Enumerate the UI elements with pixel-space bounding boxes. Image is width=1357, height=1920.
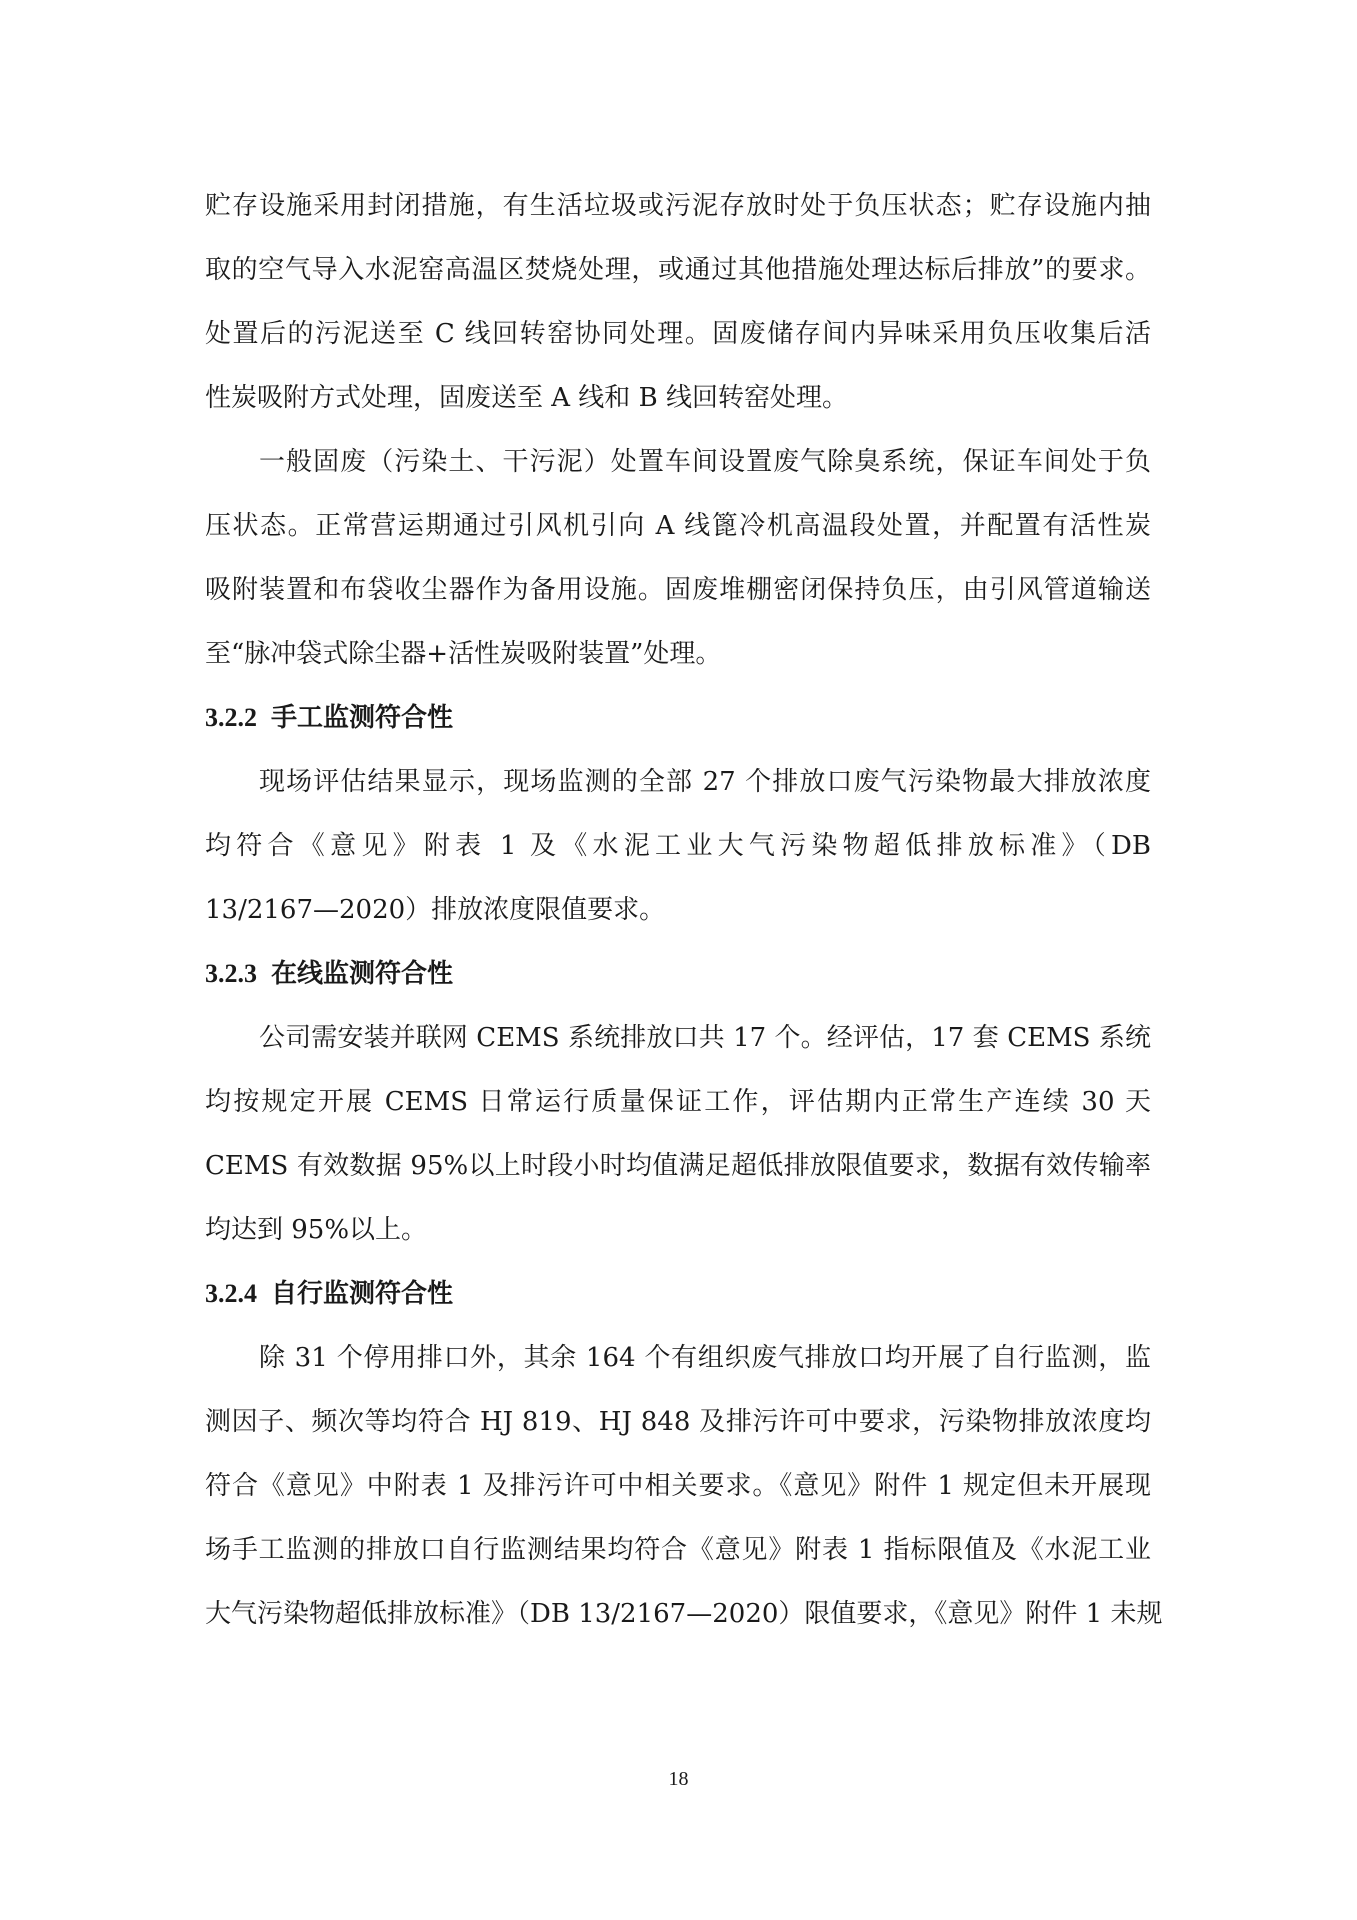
- text-line: 均按规定开展 CEMS 日常运行质量保证工作，评估期内正常生产连续 30 天: [205, 1076, 1151, 1140]
- section-title: 手工监测符合性: [271, 703, 453, 733]
- section-title: 在线监测符合性: [271, 959, 453, 989]
- text-line: 除 31 个停用排口外，其余 164 个有组织废气排放口均开展了自行监测，监: [205, 1332, 1151, 1396]
- section-title: 自行监测符合性: [271, 1279, 453, 1309]
- text-line: 13/2167—2020）排放浓度限值要求。: [205, 884, 1151, 948]
- text-line: 贮存设施采用封闭措施，有生活垃圾或污泥存放时处于负压状态；贮存设施内抽: [205, 180, 1151, 244]
- section-number: 3.2.4: [205, 1279, 257, 1308]
- text-line: CEMS 有效数据 95%以上时段小时均值满足超低排放限值要求，数据有效传输率: [205, 1140, 1151, 1204]
- section-heading-3-2-4: 3.2.4自行监测符合性: [205, 1268, 1151, 1332]
- paragraph-online-monitoring: 公司需安装并联网 CEMS 系统排放口共 17 个。经评估，17 套 CEMS …: [205, 1012, 1151, 1268]
- text-line: 吸附装置和布袋收尘器作为备用设施。固废堆棚密闭保持负压，由引风管道输送: [205, 564, 1151, 628]
- paragraph-storage-facility: 贮存设施采用封闭措施，有生活垃圾或污泥存放时处于负压状态；贮存设施内抽 取的空气…: [205, 180, 1151, 436]
- text-line: 一般固废（污染土、干污泥）处置车间设置废气除臭系统，保证车间处于负: [205, 436, 1151, 500]
- text-line: 公司需安装并联网 CEMS 系统排放口共 17 个。经评估，17 套 CEMS …: [205, 1012, 1151, 1076]
- text-line: 性炭吸附方式处理，固废送至 A 线和 B 线回转窑处理。: [205, 372, 1151, 436]
- text-line: 取的空气导入水泥窑高温区焚烧处理，或通过其他措施处理达标后排放”的要求。: [205, 244, 1151, 308]
- paragraph-general-solid-waste: 一般固废（污染土、干污泥）处置车间设置废气除臭系统，保证车间处于负 压状态。正常…: [205, 436, 1151, 692]
- text-line: 场手工监测的排放口自行监测结果均符合《意见》附表 1 指标限值及《水泥工业: [205, 1524, 1151, 1588]
- document-body: 贮存设施采用封闭措施，有生活垃圾或污泥存放时处于负压状态；贮存设施内抽 取的空气…: [205, 180, 1151, 1652]
- text-line: 均符合《意见》附表 1 及《水泥工业大气污染物超低排放标准》（DB: [205, 820, 1151, 884]
- page-number: 18: [0, 1768, 1357, 1791]
- section-heading-3-2-2: 3.2.2手工监测符合性: [205, 692, 1151, 756]
- text-line: 现场评估结果显示，现场监测的全部 27 个排放口废气污染物最大排放浓度: [205, 756, 1151, 820]
- text-line: 均达到 95%以上。: [205, 1204, 1151, 1268]
- text-line: 测因子、频次等均符合 HJ 819、HJ 848 及排污许可中要求，污染物排放浓…: [205, 1396, 1151, 1460]
- text-line: 至“脉冲袋式除尘器+活性炭吸附装置”处理。: [205, 628, 1151, 692]
- section-heading-3-2-3: 3.2.3在线监测符合性: [205, 948, 1151, 1012]
- paragraph-self-monitoring: 除 31 个停用排口外，其余 164 个有组织废气排放口均开展了自行监测，监 测…: [205, 1332, 1151, 1652]
- text-line: 处置后的污泥送至 C 线回转窑协同处理。固废储存间内异味采用负压收集后活: [205, 308, 1151, 372]
- text-line: 符合《意见》中附表 1 及排污许可中相关要求。《意见》附件 1 规定但未开展现: [205, 1460, 1151, 1524]
- section-number: 3.2.3: [205, 959, 257, 988]
- text-line: 大气污染物超低排放标准》（DB 13/2167—2020）限值要求，《意见》附件…: [205, 1588, 1151, 1652]
- section-number: 3.2.2: [205, 703, 257, 732]
- text-line: 压状态。正常营运期通过引风机引向 A 线篦冷机高温段处置，并配置有活性炭: [205, 500, 1151, 564]
- paragraph-manual-monitoring: 现场评估结果显示，现场监测的全部 27 个排放口废气污染物最大排放浓度 均符合《…: [205, 756, 1151, 948]
